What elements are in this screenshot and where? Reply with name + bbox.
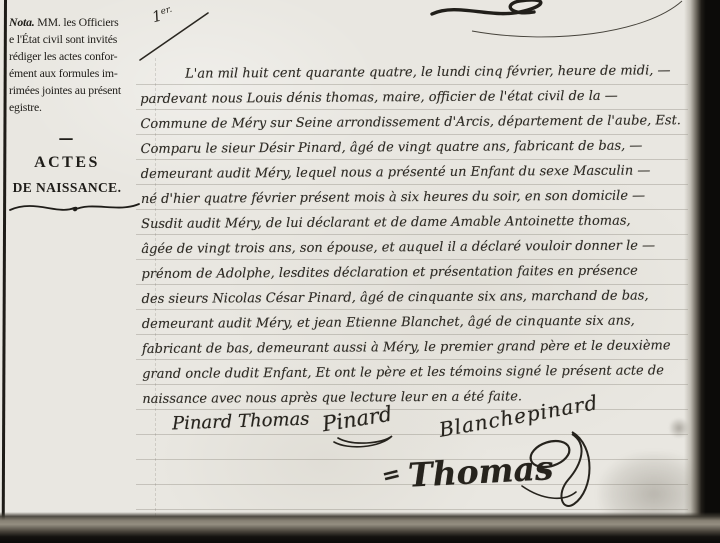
act-line: demeurant audit Méry, et jean Etienne Bl… <box>142 308 694 337</box>
act-line: né d'hier quatre février présent mois à … <box>141 183 693 212</box>
printed-notice: Nota. MM. les Officiers e l'État civil s… <box>0 14 134 116</box>
notice-text: MM. les Officiers <box>37 15 118 29</box>
section-heading-naissance: DE NAISSANCE. <box>0 180 134 196</box>
act-line: Commune de Méry sur Seine arrondissement… <box>140 108 692 137</box>
notice-line: e l'État civil sont invités <box>0 31 134 48</box>
page-bottom-edge <box>0 512 720 543</box>
ink-flourish <box>430 0 720 62</box>
act-line: des sieurs Nicolas César Pinard, âgé de … <box>142 283 694 312</box>
act-line: Comparu le sieur Désir Pinard, âgé de vi… <box>141 133 693 162</box>
act-line: demeurant audit Méry, lequel nous a prés… <box>141 158 693 187</box>
book-gutter-right <box>684 0 720 543</box>
notice-line: ément aux formules im- <box>0 65 134 82</box>
notice-line: rimées jointes au présent <box>0 82 134 99</box>
act-line: fabricant de bas, demeurant aussi à Méry… <box>142 333 694 362</box>
notice-line: egistre. <box>0 99 134 116</box>
act-number-suffix: er. <box>160 5 174 17</box>
act-line: L'an mil huit cent quarante quatre, le l… <box>140 58 692 87</box>
act-text: L'an mil huit cent quarante quatre, le l… <box>140 58 694 412</box>
notice-line: rédiger les actes confor- <box>0 48 134 65</box>
act-line: naissance avec nous après que lecture le… <box>142 383 694 412</box>
notice-separator-dash: — <box>0 129 134 147</box>
act-line: grand oncle dudit Enfant, Et ont le père… <box>142 358 694 387</box>
register-page: Nota. MM. les Officiers e l'État civil s… <box>0 0 720 543</box>
notice-nota: Nota. <box>9 15 35 29</box>
act-line: prénom de Adolphe, lesdites déclaration … <box>141 258 693 287</box>
act-line: âgée de vingt trois ans, son épouse, et … <box>141 233 693 262</box>
section-heading-actes: ACTES <box>0 154 134 172</box>
printed-margin-column: Nota. MM. les Officiers e l'État civil s… <box>0 14 134 196</box>
notice-line: Nota. MM. les Officiers <box>0 14 134 31</box>
signature-thomas-paraph <box>512 428 602 514</box>
act-line: Susdit audit Méry, de lui déclarant et d… <box>141 208 693 237</box>
signature-pinard-paraph <box>328 430 400 450</box>
act-line: pardevant nous Louis dénis thomas, maire… <box>140 83 692 112</box>
decorative-swash <box>6 200 142 218</box>
act-number-slash <box>136 6 218 64</box>
